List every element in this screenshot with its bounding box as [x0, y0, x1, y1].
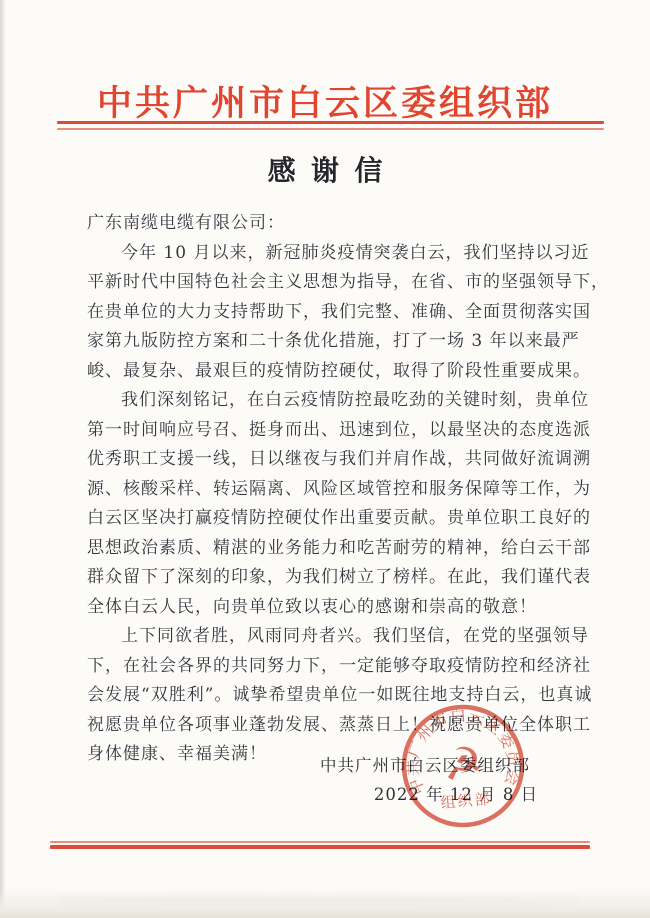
body-line: 家第九版防控方案和二十条优化措施，打了一场 3 年以来最严 [87, 327, 567, 357]
body-line: 思想政治素质、精湛的业务能力和吃苦耐劳的精神，给白云干部 [87, 534, 567, 564]
letterhead-rule-thin [57, 128, 604, 130]
scan-edge-shadow-bottom [0, 888, 650, 918]
seal-bottom-text: 组织部 [440, 790, 492, 812]
salutation: 广东南缆电缆有限公司： [87, 209, 567, 239]
body-line: 群众留下了深刻的印象，为我们树立了榜样。在此，我们谨代表 [87, 563, 567, 593]
footer-rule-thick [50, 845, 590, 849]
body-line: 在贵单位的大力支持帮助下，我们完整、准确、全面贯彻落实国 [87, 298, 567, 328]
body-line: 峻、最复杂、最艰巨的疫情防控硬仗，取得了阶段性重要成果。 [87, 357, 567, 387]
scan-edge-shadow-left [0, 0, 6, 918]
body-line: 第一时间响应号召、挺身而出、迅速到位，以最坚决的态度选派 [87, 416, 567, 446]
footer-rule-thin [50, 841, 590, 843]
body-line: 全体白云人民，向贵单位致以衷心的感谢和崇高的敬意！ [87, 593, 567, 623]
body-line: 我们深刻铭记，在白云疫情防控最吃劲的关键时刻，贵单位 [87, 386, 567, 416]
official-seal-stamp: 中共广州市白云区委员会 ☭ 组织部 [384, 687, 542, 845]
hammer-sickle-icon: ☭ [441, 737, 485, 791]
body-line: 上下同欲者胜，风雨同舟者兴。我们坚信，在党的坚强领导 [87, 622, 567, 652]
body-line: 平新时代中国特色社会主义思想为指导，在省、市的坚强领导下， [87, 268, 567, 298]
letter-page: 中共广州市白云区委组织部 感谢信 广东南缆电缆有限公司： 今年 10 月以来，新… [0, 0, 650, 918]
letter-title: 感谢信 [0, 149, 650, 189]
body-line: 下，在社会各界的共同努力下，一定能够夺取疫情防控和经济社 [87, 652, 567, 682]
body-line: 优秀职工支援一线，日以继夜与我们并肩作战，共同做好流调溯 [87, 445, 567, 475]
letterhead-rule-thick [57, 121, 604, 124]
body-line: 白云区坚决打赢疫情防控硬仗作出重要贡献。贵单位职工良好的 [87, 504, 567, 534]
body-line: 今年 10 月以来，新冠肺炎疫情突袭白云，我们坚持以习近 [87, 239, 567, 269]
letterhead-org-title: 中共广州市白云区委组织部 [0, 76, 650, 126]
body-line: 源、核酸采样、转运隔离、风险区域管控和服务保障等工作，为 [87, 475, 567, 505]
letter-body: 广东南缆电缆有限公司： 今年 10 月以来，新冠肺炎疫情突袭白云，我们坚持以习近… [87, 209, 567, 770]
